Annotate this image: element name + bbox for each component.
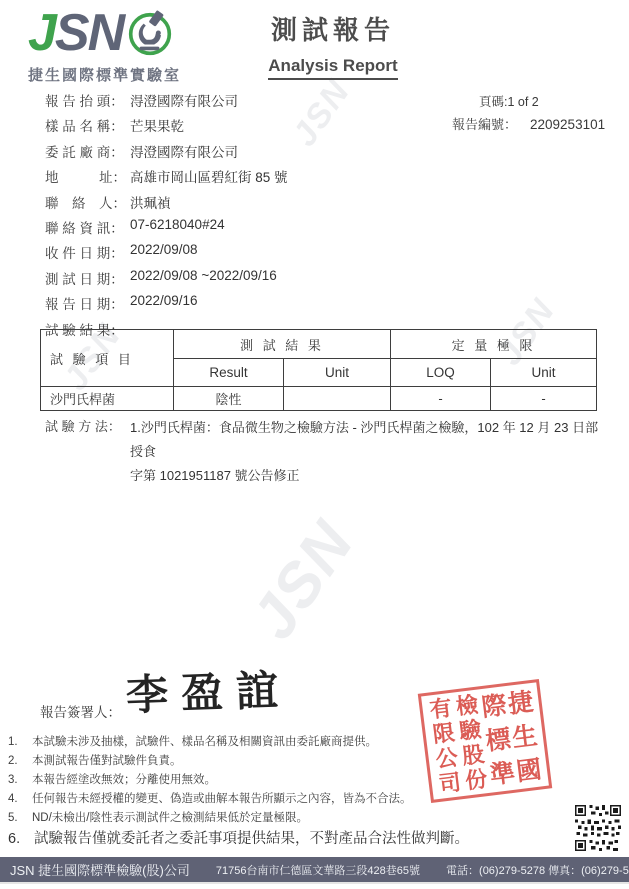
info-row-sample-name: 樣 品 名 稱： 芒果果乾: [45, 115, 445, 140]
table-subheader-unit: Unit: [284, 359, 391, 387]
logo-text: JSN: [28, 6, 123, 61]
note-item-6: 6. 試驗報告僅就委託者之委託事項提供結果，不對產品合法性做判斷。: [8, 831, 568, 848]
report-number-value: 2209253101: [530, 117, 605, 132]
info-label: 聯 絡 人：: [45, 192, 126, 212]
note-text: 本測試報告僅對試驗件負責。: [32, 755, 182, 769]
info-label: 聯 絡 資 訊：: [45, 217, 124, 237]
note-text: 本報告經塗改無效；分離使用無效。: [32, 774, 216, 788]
logo-letters-sn: SN: [55, 4, 123, 62]
test-method-text: 1.沙門氏桿菌：食品微生物之檢驗方法 - 沙門氏桿菌之檢驗，102 年 12 月…: [130, 416, 600, 488]
lab-name: 捷生國際標準實驗室: [28, 64, 181, 85]
company-seal-stamp: 有限公司 檢驗股份 際標準 捷生國: [418, 679, 552, 803]
test-method-label: 試 驗 方 法：: [45, 416, 121, 435]
table-subheader-loq: LOQ: [391, 359, 491, 387]
note-number: 1.: [8, 736, 32, 750]
note-number: 6.: [8, 831, 34, 848]
info-value: 淂澄國際有限公司: [130, 141, 238, 161]
results-table: 試 驗 項 目 測 試 結 果 定 量 極 限 Result Unit LOQ …: [40, 329, 597, 411]
test-method-line1: 1.沙門氏桿菌：食品微生物之檢驗方法 - 沙門氏桿菌之檢驗，102 年 12 月…: [130, 416, 600, 464]
info-label: 收 件 日 期：: [45, 242, 124, 262]
note-text: 任何報告未經授權的變更、偽造或曲解本報告所顯示之內容，皆為不合法。: [32, 793, 412, 807]
info-value: 淂澄國際有限公司: [130, 90, 238, 110]
info-row-address: 地 址： 高雄市岡山區碧紅街 85 號: [45, 166, 445, 191]
info-row-received-date: 收 件 日 期： 2022/09/08: [45, 242, 445, 267]
note-text: 試驗報告僅就委託者之委託事項提供結果，不對產品合法性做判斷。: [34, 831, 469, 848]
qr-code: [575, 805, 621, 851]
signatory-signature: 李盈誼: [125, 657, 292, 723]
table-cell-unit: [284, 387, 391, 411]
note-text: ND/未檢出/陰性表示測試件之檢測結果低於定量極限。: [32, 812, 308, 826]
footer-address: 71756台南市仁德區文華路三段428巷65號: [216, 862, 420, 878]
test-method-line2: 字第 1021951187 號公告修正: [130, 464, 600, 488]
info-value: 高雄市岡山區碧紅街 85 號: [130, 166, 288, 186]
info-label: 報 告 抬 頭：: [45, 90, 124, 110]
info-value: 2022/09/16: [130, 293, 198, 308]
info-value: 2022/09/08: [130, 242, 198, 257]
note-number: 4.: [8, 793, 32, 807]
table-header-loq-group: 定 量 極 限: [391, 330, 597, 359]
info-label: 測 試 日 期：: [45, 268, 124, 288]
table-row: 沙門氏桿菌 陰性 - -: [41, 387, 597, 411]
table-header-test-item: 試 驗 項 目: [41, 330, 174, 387]
info-row-client: 委 託 廠 商： 淂澄國際有限公司: [45, 141, 445, 166]
report-number-row: 報告編號：2209253101: [452, 114, 605, 133]
footer-company-name: JSN 捷生國際標準檢驗(股)公司: [10, 860, 190, 879]
jsn-logo-letters: JSN: [28, 6, 181, 61]
info-row-test-date: 測 試 日 期： 2022/09/08 ~2022/09/16: [45, 268, 445, 293]
info-label: 樣 品 名 稱：: [45, 115, 124, 135]
note-number: 2.: [8, 755, 32, 769]
info-row-contact-person: 聯 絡 人： 洪珮禎: [45, 192, 445, 217]
table-subheader-result: Result: [174, 359, 284, 387]
info-value: 2022/09/08 ~2022/09/16: [130, 268, 277, 283]
note-number: 5.: [8, 812, 32, 826]
table-subheader-unit: Unit: [491, 359, 597, 387]
report-title-en: Analysis Report: [268, 56, 397, 80]
info-label: 地 址：: [45, 166, 126, 186]
jsn-logo: JSN 捷生國際標準實驗室: [28, 6, 181, 85]
table-cell-result: 陰性: [174, 387, 284, 411]
info-value: 07-6218040#24: [130, 217, 225, 232]
footer-bar: JSN 捷生國際標準檢驗(股)公司 71756台南市仁德區文華路三段428巷65…: [0, 857, 629, 882]
note-number: 3.: [8, 774, 32, 788]
table-cell-item: 沙門氏桿菌: [41, 387, 174, 411]
info-label: 報 告 日 期：: [45, 293, 124, 313]
report-number-label: 報告編號：: [452, 117, 517, 132]
table-cell-loq: -: [391, 387, 491, 411]
table-cell-loq-unit: -: [491, 387, 597, 411]
info-row-report-header: 報 告 抬 頭： 淂澄國際有限公司: [45, 90, 445, 115]
footer-phone-fax: 電話：(06)279-5278 傳真：(06)279-5378: [446, 862, 629, 878]
report-info-list: 報 告 抬 頭： 淂澄國際有限公司 樣 品 名 稱： 芒果果乾 委 託 廠 商：…: [45, 90, 445, 344]
info-row-report-date: 報 告 日 期： 2022/09/16: [45, 293, 445, 318]
info-value: 芒果果乾: [130, 115, 184, 135]
info-row-contact-info: 聯 絡 資 訊： 07-6218040#24: [45, 217, 445, 242]
logo-letter-j: J: [28, 4, 55, 62]
report-title: 測試報告 Analysis Report: [243, 10, 423, 80]
report-page: JSN JSN JSN JSN JSN 捷生國際標準實驗室: [0, 0, 629, 889]
table-header-test-result-group: 測 試 結 果: [174, 330, 391, 359]
report-title-zh: 測試報告: [243, 10, 423, 47]
signatory-label: 報告簽署人：: [40, 701, 121, 721]
page-number: 頁碼:1 of 2: [479, 92, 539, 110]
note-text: 本試驗未涉及抽樣，試驗件、樣品名稱及相關資訊由委託廠商提供。: [32, 736, 377, 750]
info-value: 洪珮禎: [130, 192, 171, 212]
microscope-icon: [126, 9, 174, 57]
info-label: 委 託 廠 商：: [45, 141, 124, 161]
note-item-5: 5. ND/未檢出/陰性表示測試件之檢測結果低於定量極限。: [8, 812, 568, 826]
